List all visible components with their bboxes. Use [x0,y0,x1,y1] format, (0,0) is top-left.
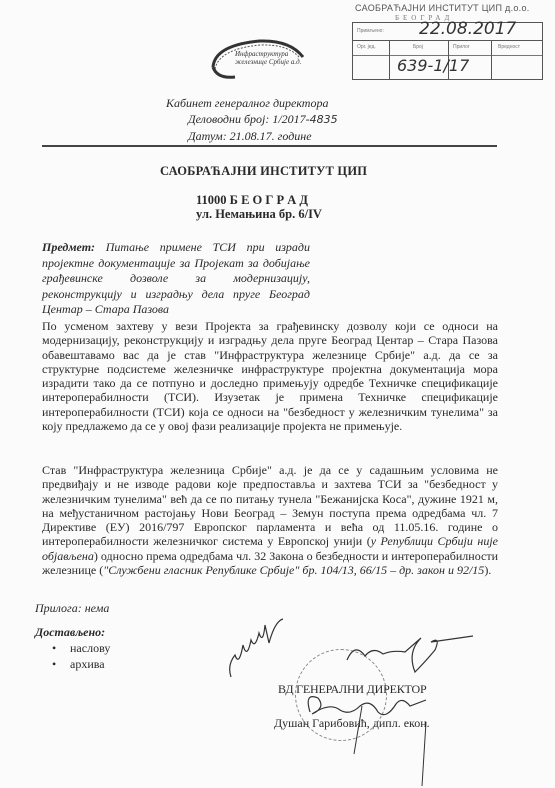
recipient-name: САОБРАЋАЈНИ ИНСТИТУТ ЦИП [160,164,367,179]
letter-header: Кабинет генералног директора Деловодни б… [166,95,338,144]
stamp-title: САОБРАЋАЈНИ ИНСТИТУТ ЦИП д.о.о. [355,3,530,13]
stamp-row-date: Примљено: 22.08.2017 [353,23,542,41]
office-name: Кабинет генералног директора [166,95,338,111]
delivered-item: наслову [52,640,110,656]
body-paragraph-1: По усменом захтеву у вези Пројекта за гр… [42,319,498,433]
receipt-stamp: Примљено: 22.08.2017 Орг. јед. Број Прил… [352,22,543,80]
delivered-item: архива [52,656,110,672]
body-paragraph-2: Став "Инфраструктура железница Србије" а… [42,463,498,577]
stamp-col3-label: Прилог [453,44,470,50]
subject-block: Предмет: Питање примене ТСИ при изради п… [42,240,310,318]
logo-line-1: Инфраструктура [235,50,301,58]
paragraph-2-part-c: ). [484,563,491,577]
stamp-received-date: 22.08.2017 [419,19,516,39]
paragraph-2-citation: "Службени гласник Републике Србије" бр. … [103,563,484,577]
stamp-col2-label: Број [413,44,423,50]
stamp-number: 639-1/17 [397,56,469,75]
header-divider [42,145,497,147]
stamp-divider [389,40,390,79]
reference-label: Деловодни број: 1/2017- [188,112,310,126]
attachment-note: Прилога: нема [35,601,109,616]
company-logo: Инфраструктура железнице Србије а.д. [205,35,305,81]
stamp-divider [491,40,492,79]
reference-handwritten: 4835 [310,113,338,126]
signatory-name: Душан Гарибовић, дипл. екон. [274,716,430,731]
signature-icon [345,632,475,682]
subject-label: Предмет: [42,240,95,254]
stamp-col4-label: Вредност [498,44,520,50]
letter-date: Датум: 21.08.17. године [166,128,338,144]
delivered-list: наслову архива [52,640,110,672]
stamp-received-label: Примљено: [357,28,384,34]
reference-number: Деловодни број: 1/2017-4835 [166,111,338,128]
logo-line-2: железнице Србије а.д. [235,58,301,66]
recipient-city: 11000 Б Е О Г Р А Д [196,193,308,208]
stamp-col1-label: Орг. јед. [357,44,376,50]
initials-signature-icon [225,615,285,685]
delivered-label: Достављено: [35,625,105,640]
recipient-address: ул. Немањина бр. 6/IV [196,207,322,222]
